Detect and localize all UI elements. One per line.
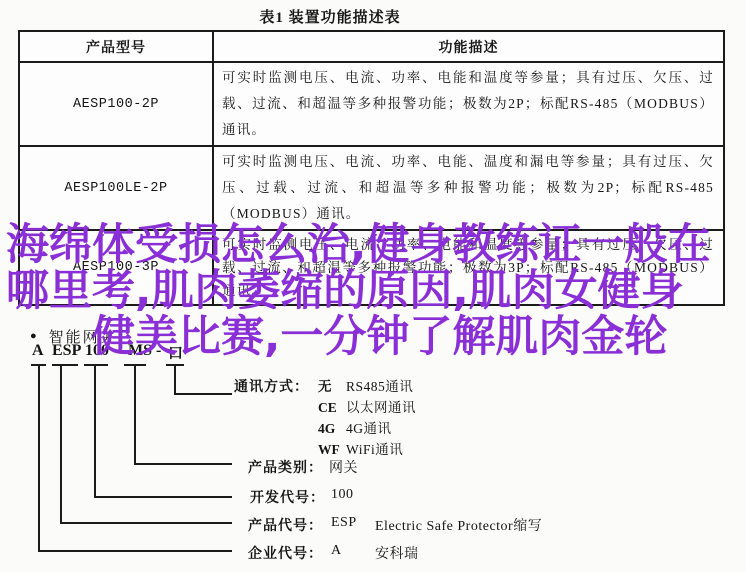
bullet-icon: ● xyxy=(30,331,37,342)
connector-line-vertical xyxy=(38,364,40,552)
dev-code-row: 开发代号： 100 xyxy=(250,487,354,507)
watermark-text-line: 海绵体受损怎么治,健身教练证一般在 xyxy=(6,222,710,268)
description-cell: 可实时监测电压、电流、功率、电能、温度和漏电等参量；具有过压、欠压、过载、过流、… xyxy=(213,146,724,230)
connector-line-horizontal xyxy=(134,463,232,465)
table-header-row: 产品型号 功能描述 xyxy=(19,31,724,62)
comm-option-desc: 以太网通讯 xyxy=(346,397,416,418)
connector-line-horizontal xyxy=(174,393,232,395)
code-part-enterprise: A xyxy=(32,342,44,360)
comm-option-code: 无 xyxy=(318,376,346,397)
comm-option-desc: 4G通讯 xyxy=(346,418,392,439)
dev-code-label: 开发代号： xyxy=(250,487,325,507)
connector-line-vertical xyxy=(174,364,176,395)
comm-mode-label: 通讯方式： xyxy=(234,376,309,396)
watermark-text-line: 哪里考,肌肉萎缩的原因,肌肉女健身 xyxy=(6,268,684,314)
connector-line-vertical xyxy=(134,364,136,465)
dev-code-value: 100 xyxy=(331,487,354,503)
comm-option: CE 以太网通讯 xyxy=(318,397,416,418)
connector-line-horizontal xyxy=(60,522,232,524)
description-cell: 可实时监测电压、电流、功率、电能和温度等参量；具有过压、欠压、过载、过流、和超温… xyxy=(213,62,724,146)
enterprise-code-row: 企业代号： A 安科瑞 xyxy=(248,543,419,563)
connector-line-vertical xyxy=(94,364,96,498)
connector-line-vertical xyxy=(60,364,62,524)
product-code-note: Electric Safe Protector缩写 xyxy=(375,515,542,535)
model-cell: AESP100LE-2P xyxy=(19,146,213,230)
code-part-product: ESP xyxy=(52,342,81,360)
connector-line-horizontal xyxy=(94,496,232,498)
comm-option-desc: RS485通讯 xyxy=(346,376,413,397)
comm-option-code: CE xyxy=(318,397,346,418)
tick-cap xyxy=(84,364,108,366)
table-row: AESP100-2P 可实时监测电压、电流、功率、电能和温度等参量；具有过压、欠… xyxy=(19,62,724,146)
comm-option: 无 RS485通讯 xyxy=(318,376,416,397)
comm-mode-options: 无 RS485通讯 CE 以太网通讯 4G 4G通讯 WF WiFi通讯 xyxy=(318,376,416,460)
product-category-row: 产品类别： 网关 xyxy=(248,457,358,477)
product-code-label: 产品代号： xyxy=(248,515,323,535)
enterprise-code-note: 安科瑞 xyxy=(375,543,419,563)
comm-option-code: 4G xyxy=(318,418,346,439)
tick-cap xyxy=(52,364,78,366)
table-title: 表1 装置功能描述表 xyxy=(0,6,660,27)
product-code-value: ESP xyxy=(331,515,361,531)
comm-option: 4G 4G通讯 xyxy=(318,418,416,439)
enterprise-code-label: 企业代号： xyxy=(248,543,323,563)
table-row: AESP100LE-2P 可实时监测电压、电流、功率、电能、温度和漏电等参量；具… xyxy=(19,146,724,230)
header-product-model: 产品型号 xyxy=(19,31,213,62)
model-cell: AESP100-2P xyxy=(19,62,213,146)
watermark-text-line: 健美比赛,一分钟了解肌肉金轮 xyxy=(92,314,667,360)
header-function-description: 功能描述 xyxy=(213,31,724,62)
product-code-row: 产品代号： ESP Electric Safe Protector缩写 xyxy=(248,515,542,535)
enterprise-code-value: A xyxy=(331,543,361,559)
product-category-value: 网关 xyxy=(329,457,358,477)
product-category-label: 产品类别： xyxy=(248,457,323,477)
connector-line-horizontal xyxy=(38,550,232,552)
